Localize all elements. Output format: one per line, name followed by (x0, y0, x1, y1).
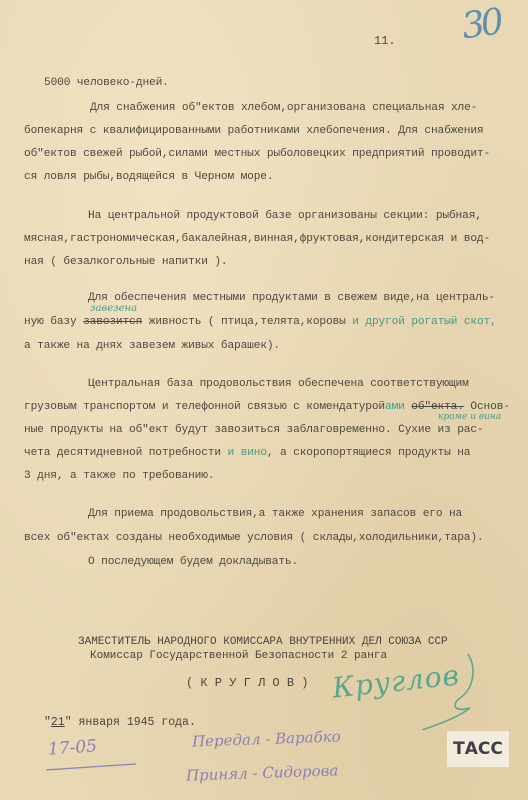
text-line: Для приема продовольствия,а также хранен… (88, 508, 462, 520)
note-underline (44, 760, 140, 774)
text-line: мясная,гастрономическая,бакалейная,винна… (24, 233, 490, 245)
text-fragment: Сухие (398, 424, 431, 436)
text-line-composite: чета десятидневной потребности и вино, а… (24, 447, 470, 459)
text-line: Центральная база продовольствия обеспече… (88, 378, 469, 390)
text-line: На центральной продуктовой базе организо… (88, 210, 482, 222)
date-quote: " (44, 716, 51, 729)
text-line: 3 дня, а также по требованию. (24, 470, 214, 482)
text-fragment: , а скоропортящиеся продукты на (267, 447, 470, 459)
folio-number-handwritten: 30 (459, 2, 502, 48)
text-fragment: грузовым транспортом и телефонной связью… (24, 401, 385, 413)
text-line: О последующем будем докладывать. (88, 556, 298, 568)
handwritten-insert: и другой рогатый скот, (352, 316, 496, 328)
text-line-composite: ные продукты на об"ект будут завозиться … (24, 424, 484, 436)
text-line: 5000 человеко-дней. (44, 77, 169, 89)
text-fragment: живность ( птица,телята,коровы (149, 316, 346, 328)
signatory-title: ЗАМЕСТИТЕЛЬ НАРОДНОГО КОМИССАРА ВНУТРЕНН… (78, 636, 448, 648)
text-line: а также на днях завезем живых барашек). (24, 340, 280, 352)
text-fragment: ную базу (24, 316, 77, 328)
text-fragment: из рас- (438, 424, 484, 436)
signature-stroke (420, 650, 490, 730)
document-date: "21" января 1945 года. (44, 716, 196, 729)
text-line: об"ектов свежей рыбой,силами местных рыб… (24, 148, 490, 160)
struck-word: завозится (83, 316, 142, 328)
text-line: ная ( безалкогольные напитки ). (24, 256, 227, 268)
text-line-composite: ную базу завозится живность ( птица,теля… (24, 316, 497, 328)
text-line-composite: грузовым транспортом и телефонной связью… (24, 401, 510, 413)
page-number: 11. (374, 34, 396, 48)
text-line: всех об"ектах созданы необходимые услови… (24, 532, 483, 544)
text-fragment: ные продукты на об"ект будут завозиться … (24, 424, 392, 436)
handwritten-insert: ами (385, 401, 405, 413)
signatory-rank: Комиссар Государственной Безопасности 2 … (90, 650, 387, 662)
text-line: Для обеспечения местными продуктами в св… (88, 292, 495, 304)
text-line: бопекарня с квалифицированными работника… (24, 125, 483, 137)
handwritten-insert: завезена (90, 303, 137, 314)
date-day: 21 (51, 716, 65, 729)
tass-watermark-logo: ТАСС (447, 731, 509, 767)
date-rest: " января 1945 года. (65, 716, 196, 729)
handwritten-insert: и вино (228, 447, 267, 459)
signatory-name: ( К Р У Г Л О В ) (186, 676, 308, 690)
handwritten-insert: кроме и вина (438, 412, 501, 422)
text-line: ся ловля рыбы,водящейся в Черном море. (24, 171, 273, 183)
handwritten-note-time: 17-05 (47, 736, 97, 759)
text-line: Для снабжения об"ектов хлебом,организова… (90, 102, 477, 114)
text-fragment: чета десятидневной потребности (24, 447, 221, 459)
